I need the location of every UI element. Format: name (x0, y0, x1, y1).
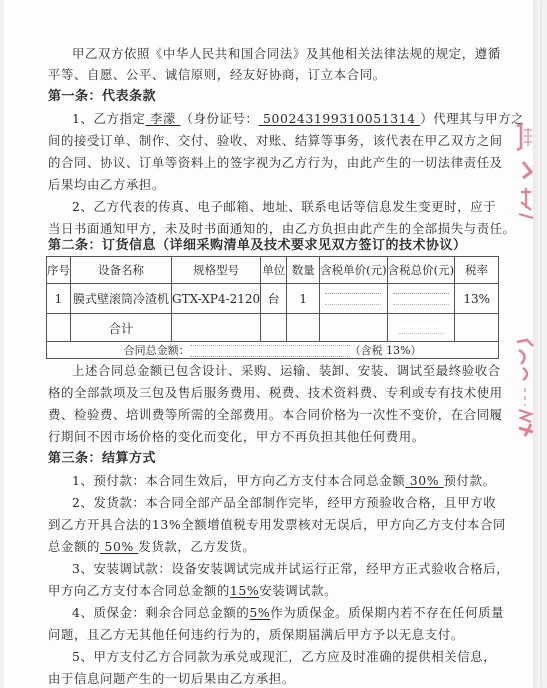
article1-clause1-line1: 1、乙方指定 李濛 （身份证号： 500243199310051314 ）代理其… (72, 111, 524, 127)
item2-suffix: 发货款，乙方发货。 (138, 539, 255, 554)
article3-item1: 1、预付款：本合同生效后，甲方向乙方支付本合同总金额 30% 预付款。 (72, 473, 496, 489)
table-contract-total-row: 合同总金额：（含税 13%） (47, 342, 499, 359)
header-unit-price: 含税单价(元) (320, 257, 387, 284)
intro-line-2: 平等、自愿、公平、诚信原则，经友好协商，订立本合同。 (48, 67, 386, 83)
redacted-contract-total (190, 345, 350, 357)
cell-name: 膜式壁滚筒冷渣机 (71, 284, 172, 314)
item1-percentage: 30% (405, 473, 443, 488)
redacted-total-price (393, 293, 449, 305)
article3-item2-line3: 总金额的 50% 发货款，乙方发货。 (48, 539, 255, 555)
table-row: 1 膜式壁滚筒冷渣机 GTX-XP4-2120 台 1 13% (47, 284, 499, 314)
article1-clause1-line2: 间的接受订单、制作、交付、验收、对账、结算等事务，该代表在甲乙双方之间 (48, 133, 503, 149)
sum-label: 合计 (71, 314, 172, 342)
item1-suffix: 预付款。 (444, 473, 496, 488)
article2-para-line2: 格的全部款项及三包及售后服务费用、税费、技术资料费、专利或专有技术使用 (48, 385, 503, 401)
seam-stamp-top (511, 122, 539, 222)
item3-percentage: 15% (230, 583, 259, 598)
item4-percentage: 5% (249, 605, 270, 620)
article3-title: 第三条：结算方式 (48, 451, 156, 467)
item4-suffix: 作为质保金。质保期内若不存在任何质量 (270, 605, 504, 620)
article3-item2-line1: 2、发货款：本合同全部产品全部制作完毕，经甲方预验收合格，且甲方收 (72, 495, 496, 511)
header-name: 设备名称 (71, 257, 172, 284)
header-qty: 数量 (287, 257, 320, 284)
header-unit: 单位 (261, 257, 287, 284)
contract-page: 甲乙双方依照《中华人民共和国合同法》及其他相关法律法规的规定，遵循 平等、自愿、… (4, 0, 540, 688)
contract-total-cell: 合同总金额：（含税 13%） (47, 342, 499, 359)
contract-total-label: 合同总金额： (124, 344, 190, 357)
table-sum-row: 合计 (47, 314, 499, 342)
stamp-mark-icon (511, 122, 539, 222)
article3-item4-line1: 4、质保金：剩余合同总金额的5%作为质保金。质保期内若不存在任何质量 (72, 605, 504, 621)
item4-prefix: 4、质保金：剩余合同总金额的 (72, 605, 249, 620)
intro-line-1: 甲乙双方依照《中华人民共和国合同法》及其他相关法律法规的规定，遵循 (72, 46, 501, 62)
contract-total-note: （含税 13%） (350, 344, 422, 357)
item3-suffix: 安装调试款。 (259, 583, 337, 598)
cell-no: 1 (47, 284, 71, 314)
article1-clause1-line3: 的合同、协议、订单等资料上的签字视为乙方行为，由此产生的一切法律责任及 (48, 155, 503, 171)
article2-title: 第二条：订货信息（详细采购清单及技术要求见双方签订的技术协议） (48, 238, 467, 254)
cell-unit: 台 (261, 284, 287, 314)
item2-prefix: 总金额的 (48, 539, 100, 554)
stamp-mark-icon (511, 338, 539, 438)
article3-item5-line2: 由于信息问题产生的一切后果由乙方承担。 (48, 671, 295, 687)
article1-clause2-line1: 2、乙方代表的传真、电子邮箱、地址、联系电话等信息发生变更时，应于 (72, 199, 496, 215)
representative-name: 李濛 (145, 111, 180, 126)
article2-para-line4: 行期间不因市场价格的变化而变化，甲方不再负担其他任何费用。 (48, 429, 425, 445)
article3-item4-line2: 问题，且乙方无其他任何违约行为的，质保期届满后甲方予以无息支付。 (48, 627, 464, 643)
table-header-row: 序号 设备名称 规格型号 单位 数量 含税单价(元) 含税总价(元) 税率 (47, 257, 499, 284)
cell-tax-rate: 13% (455, 284, 499, 314)
item3-prefix: 甲方向乙方支付本合同总金额的 (48, 583, 230, 598)
cell-model: GTX-XP4-2120 (172, 284, 261, 314)
header-no: 序号 (47, 257, 71, 284)
article3-item3-line2: 甲方向乙方支付本合同总金额的15%安装调试款。 (48, 583, 337, 599)
cell-unit-price (320, 284, 387, 314)
article3-item5-line1: 5、甲方支付乙方合同款为承兑或现汇，乙方应及时准确的提供相关信息， (72, 649, 496, 665)
header-model: 规格型号 (172, 257, 261, 284)
cell-qty: 1 (287, 284, 320, 314)
article1-clause1-line4: 后果均由乙方承担。 (48, 177, 165, 193)
header-total-price: 含税总价(元) (387, 257, 454, 284)
id-number: 500243199310051314 (258, 111, 420, 126)
order-table: 序号 设备名称 规格型号 单位 数量 含税单价(元) 含税总价(元) 税率 1 … (46, 256, 499, 359)
article2-para-line1: 上述合同总金额已包含设计、采购、运输、装卸、安装、调试至最终验收合 (72, 363, 501, 379)
redacted-sum (399, 323, 443, 334)
clause1-suffix: ）代理其与甲方之 (420, 111, 524, 126)
article2-para-line3: 费、检验费、培训费等所需的全部费用。本合同价格为一次性不变价，在合同履 (48, 407, 503, 423)
article1-title: 第一条：代表条款 (48, 89, 156, 105)
article3-item2-line2: 到乙方开具合法的13%全额增值税专用发票核对无误后，甲方向乙方支付本合同 (48, 517, 506, 533)
redacted-unit-price (325, 293, 381, 305)
sum-value (387, 314, 454, 342)
clause1-prefix: 1、乙方指定 (72, 111, 145, 126)
header-tax-rate: 税率 (455, 257, 499, 284)
seam-stamp-bottom (511, 338, 539, 438)
item2-percentage: 50% (100, 539, 138, 554)
cell-total-price (387, 284, 454, 314)
article1-clause2-line2: 当日书面通知甲方，未及时书面通知的，由乙方负担由此产生的全部损失与责任。 (48, 221, 516, 237)
article3-item3-line1: 3、安装调试款：设备安装调试完成并试运行正常，经甲方正式验收合格后， (72, 561, 509, 577)
item1-prefix: 1、预付款：本合同生效后，甲方向乙方支付本合同总金额 (72, 473, 405, 488)
id-label: （身份证号： (181, 111, 259, 126)
